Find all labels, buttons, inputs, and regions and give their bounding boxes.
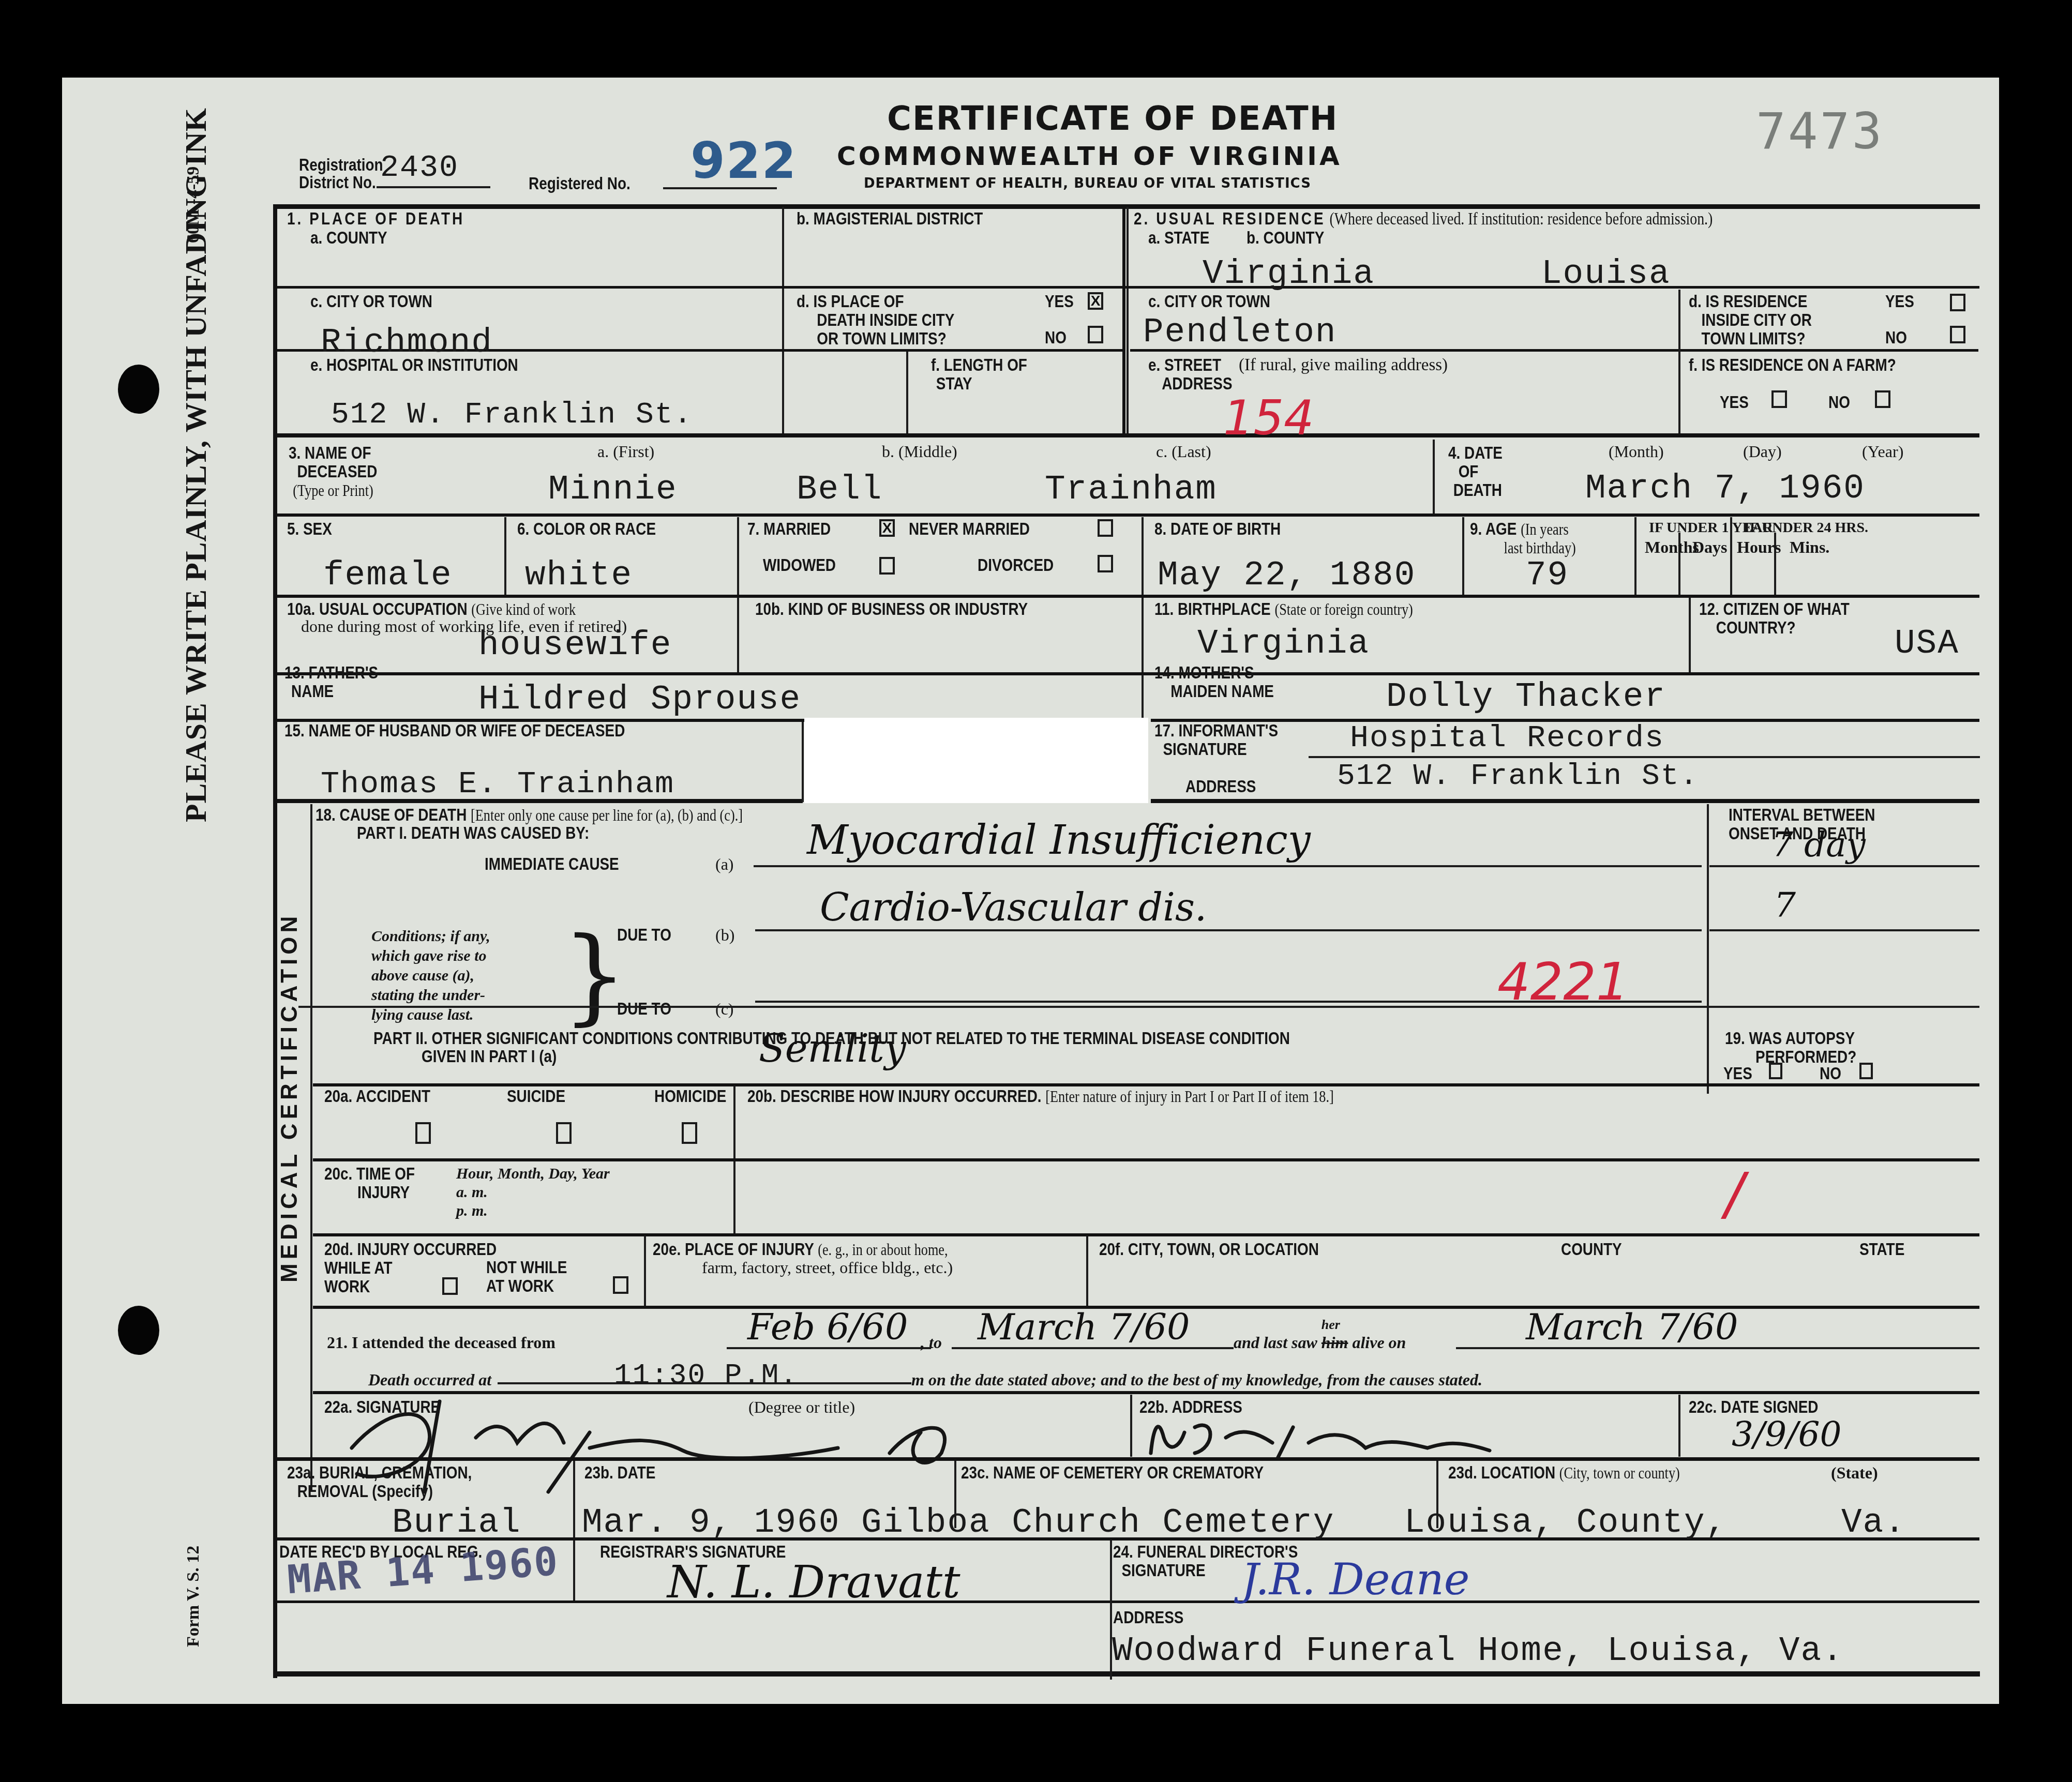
residence-farm-no-label: NO [1828,393,1850,412]
inside-limits-no-checkbox[interactable] [1088,326,1103,343]
cemetery-label: 23c. NAME OF CEMETERY OR CREMATORY [961,1463,1264,1482]
dod-day-label: (Day) [1743,442,1782,461]
residence-street-label: e. STREET ADDRESS [1148,356,1233,393]
deceased-first-name: Minnie [548,472,678,508]
injury-city-label: 20f. CITY, TOWN, OR LOCATION [1099,1240,1319,1259]
occupation-label: 10a. USUAL OCCUPATION (Give kind of work [287,600,576,618]
homicide-label: HOMICIDE [654,1087,726,1106]
residence-city: Pendleton [1143,314,1337,351]
part2-label-2: GIVEN IN PART I (a) [422,1047,557,1066]
residence-county: Louisa [1541,256,1671,292]
informant-address-label: ADDRESS [1185,777,1256,796]
location-label: 23d. LOCATION (City, town or county) [1448,1463,1680,1482]
length-of-stay-label: f. LENGTH OF STAY [931,356,1027,393]
dob-label: 8. DATE OF BIRTH [1154,520,1281,538]
immediate-cause-label: IMMEDIATE CAUSE [485,855,619,873]
middle-name-label: b. (Middle) [882,442,957,461]
father-name: Hildred Sprouse [478,682,801,718]
age-label: 9. AGE (In years last birthday) [1470,520,1576,557]
punch-hole-bottom [118,1306,159,1355]
form-code-bottom: Form V. S. 12 [184,1546,203,1647]
cause-of-death-label: 18. CAUSE OF DEATH [Enter only one cause… [316,806,743,824]
married-label: 7. MARRIED [747,520,831,538]
residence-inside-yes-checkbox[interactable] [1950,294,1965,311]
disposition-method-label: 23a. BURIAL, CREMATION, REMOVAL (Specify… [287,1463,472,1501]
location-state: Va. [1841,1505,1906,1541]
residence-county-label: b. COUNTY [1247,229,1324,247]
not-at-work-label: NOT WHILE AT WORK [486,1258,567,1295]
residence-farm-label: f. IS RESIDENCE ON A FARM? [1689,356,1896,374]
place-of-death-county-label: a. COUNTY [310,229,387,247]
autopsy-yes-label: YES [1723,1064,1752,1083]
due-to-b-value: Cardio-Vascular dis. [820,885,1207,930]
residence-inside-limits-label: d. IS RESIDENCE INSIDE CITY OR TOWN LIMI… [1689,292,1812,348]
usual-residence-label: 2. USUAL RESIDENCE (Where deceased lived… [1134,209,1713,229]
magisterial-district-label: b. MAGISTERIAL DISTRICT [797,209,983,228]
autopsy-no-label: NO [1820,1064,1841,1083]
race-label: 6. COLOR OR RACE [517,520,656,538]
under-24-hrs-label: IF UNDER 24 HRS. [1744,520,1868,536]
residence-farm-yes-checkbox[interactable] [1771,390,1787,408]
sex-label: 5. SEX [287,520,332,538]
deceased-name-label: 3. NAME OF DECEASED (Type or Print) [289,444,377,500]
residence-farm-yes-label: YES [1720,393,1749,412]
sex-value: female [323,557,453,594]
redacted-field [804,718,1148,803]
immediate-cause-value: Myocardial Insufficiency [807,817,1311,864]
autopsy-label: 19. WAS AUTOPSY PERFORMED? [1725,1029,1856,1066]
last-saw-alive: March 7/60 [1526,1306,1738,1348]
birthplace-value: Virginia [1197,626,1370,662]
dod-year-label: (Year) [1862,442,1903,461]
accident-checkbox[interactable] [415,1122,431,1144]
part1-label: PART I. DEATH WAS CAUSED BY: [357,824,589,842]
department-line: DEPARTMENT OF HEALTH, BUREAU OF VITAL ST… [864,176,1311,191]
cause-code: 4221 [1497,952,1629,1012]
father-label-text: 13. FATHER'S NAME [284,663,378,701]
months-label: Months [1645,538,1699,557]
attended-to: March 7/60 [978,1306,1190,1348]
cause-b-marker: (b) [715,926,734,945]
conditions-note: Conditions; if any, which gave rise to a… [371,927,490,1025]
date-signed-label: 22c. DATE SIGNED [1689,1398,1818,1416]
deceased-last-name: Trainham [1045,472,1217,508]
certificate-subtitle: COMMONWEALTH OF VIRGINIA [837,141,1342,171]
registered-no: 922 [690,132,797,190]
at-work-checkbox[interactable] [442,1277,458,1295]
inside-limits-no-label: NO [1045,328,1067,347]
never-married-checkbox[interactable] [1098,519,1113,537]
margin-instruction: PLEASE WRITE PLAINLY, WITH UNFADING INK [178,108,213,822]
divorced-checkbox[interactable] [1098,555,1113,572]
citizen-value: USA [1895,626,1959,662]
date-signed: 3/9/60 [1732,1414,1841,1454]
informant-value: Hospital Records [1350,720,1664,757]
inside-limits-yes-label: YES [1045,292,1074,311]
injury-county-label: COUNTY [1561,1240,1622,1259]
injury-at-work-label: 20d. INJURY OCCURRED WHILE AT WORK [324,1240,497,1296]
funeral-director-signature: J.R. Deane [1241,1554,1469,1605]
days-label: Days [1692,538,1728,557]
place-of-injury-note: farm, factory, street, office bldg., etc… [702,1258,953,1277]
residence-city-label: c. CITY OR TOWN [1148,292,1270,311]
describe-injury-label: 20b. DESCRIBE HOW INJURY OCCURRED. [Ente… [747,1087,1334,1106]
date-of-death-label: 4. DATE OF DEATH [1448,444,1503,500]
autopsy-no-checkbox[interactable] [1859,1063,1873,1079]
spouse-name: Thomas E. Trainham [321,766,674,803]
citizen-label: 12. CITIZEN OF WHAT COUNTRY? [1699,600,1850,637]
residence-street-note: (If rural, give mailing address) [1239,356,1448,375]
registration-district-no: 2430 [380,150,459,186]
spouse-label: 15. NAME OF HUSBAND OR WIFE OF DECEASED [284,721,625,740]
place-of-death-city-label: c. CITY OR TOWN [310,292,432,311]
age-value: 79 [1526,557,1569,594]
race-value: white [525,557,633,594]
location-value: Louisa, County, [1404,1505,1727,1541]
not-at-work-checkbox[interactable] [613,1276,628,1294]
divorced-label: DIVORCED [978,556,1054,575]
widowed-label: WIDOWED [763,556,836,575]
place-of-death-label: 1. PLACE OF DEATH [287,209,464,228]
mother-name: Dolly Thacker [1386,679,1666,715]
attended-to-label: , to [921,1333,942,1352]
informant-address: 512 W. Franklin St. [1337,759,1699,795]
occupation-value: housewife [478,627,672,663]
dod-month-label: (Month) [1609,442,1664,461]
suicide-label: SUICIDE [507,1087,565,1106]
attended-label: 21. I attended the deceased from [327,1333,555,1352]
location-state-label: (State) [1831,1463,1878,1483]
funeral-director-address: Woodward Funeral Home, Louisa, Va. [1112,1633,1844,1669]
married-checkbox[interactable]: X [879,519,895,537]
disposition-method: Burial [392,1505,521,1541]
red-mark: / [1725,1161,1744,1227]
file-number: 7473 [1756,102,1884,160]
residence-state-label: a. STATE [1148,229,1209,247]
am-label: a. m. [456,1183,488,1202]
last-name-label: c. (Last) [1156,442,1211,461]
medical-certification-label: MEDICAL CERTIFICATION [280,912,299,1282]
residence-state: Virginia [1203,256,1375,292]
disposition-date: Mar. 9, 1960 [582,1505,840,1541]
hospital-value: 512 W. Franklin St. [331,397,693,433]
inside-limits-yes-checkbox[interactable]: X [1088,292,1103,310]
time-of-injury-label: 20c. TIME OF INJURY [324,1165,415,1202]
part2-value: Senility [759,1026,906,1071]
attended-from: Feb 6/60 [747,1306,908,1348]
first-name-label: a. (First) [597,442,654,461]
funeral-director-address-label: ADDRESS [1113,1608,1183,1627]
due-to-b-label: DUE TO [617,926,671,944]
cause-c-marker: (c) [715,1000,734,1019]
physician-address-scrawl [1138,1407,1676,1463]
business-label: 10b. KIND OF BUSINESS OR INDUSTRY [755,600,1028,618]
punch-hole-top [118,365,159,414]
cause-a-marker: (a) [715,855,734,874]
last-saw-label: and last saw her him alive on [1234,1333,1406,1352]
registration-district-label: Registration District No. [299,156,383,191]
homicide-checkbox[interactable] [682,1122,697,1144]
autopsy-yes-checkbox[interactable] [1769,1063,1782,1079]
pm-label: p. m. [456,1202,488,1220]
residence-no-label: NO [1885,328,1907,347]
time-of-injury-note: Hour, Month, Day, Year [456,1165,610,1183]
informant-label: 17. INFORMANT'S SIGNATURE [1154,721,1278,759]
inside-limits-label: d. IS PLACE OF DEATH INSIDE CITY OR TOWN… [797,292,954,348]
accident-label: 20a. ACCIDENT [324,1087,430,1106]
birthplace-label: 11. BIRTHPLACE (State or foreign country… [1154,600,1413,618]
never-married-label: NEVER MARRIED [909,520,1030,538]
widowed-checkbox[interactable] [879,557,895,575]
hours-label: Hours [1737,538,1781,557]
registrar-signature: N. L. Dravatt [667,1557,960,1608]
interval-a-value: 7 day [1771,825,1866,865]
deceased-middle-name: Bell [797,472,882,508]
due-to-c-label: DUE TO [617,1000,671,1018]
residence-inside-no-checkbox[interactable] [1950,326,1965,343]
injury-state-label: STATE [1859,1240,1904,1259]
cemetery-name: Gilboa Church Cemetery [861,1505,1334,1541]
disposition-date-label: 23b. DATE [584,1463,655,1482]
hospital-label: e. HOSPITAL OR INSTITUTION [310,356,518,374]
residence-street-code: 154 [1223,390,1314,446]
mother-label: 14. MOTHER'S MAIDEN NAME [1154,663,1274,701]
date-of-death: March 7, 1960 [1585,471,1865,507]
residence-farm-no-checkbox[interactable] [1875,390,1890,408]
date-of-birth: May 22, 1880 [1158,557,1416,594]
registered-no-label: Registered No. [529,174,630,193]
interval-b-value: 7 [1774,885,1796,925]
suicide-checkbox[interactable] [556,1122,572,1144]
certificate-title: CERTIFICATE OF DEATH [887,100,1338,138]
mins-label: Mins. [1790,538,1829,557]
place-of-injury-label: 20e. PLACE OF INJURY (e. g., in or about… [653,1240,948,1259]
residence-yes-label: YES [1885,292,1914,311]
